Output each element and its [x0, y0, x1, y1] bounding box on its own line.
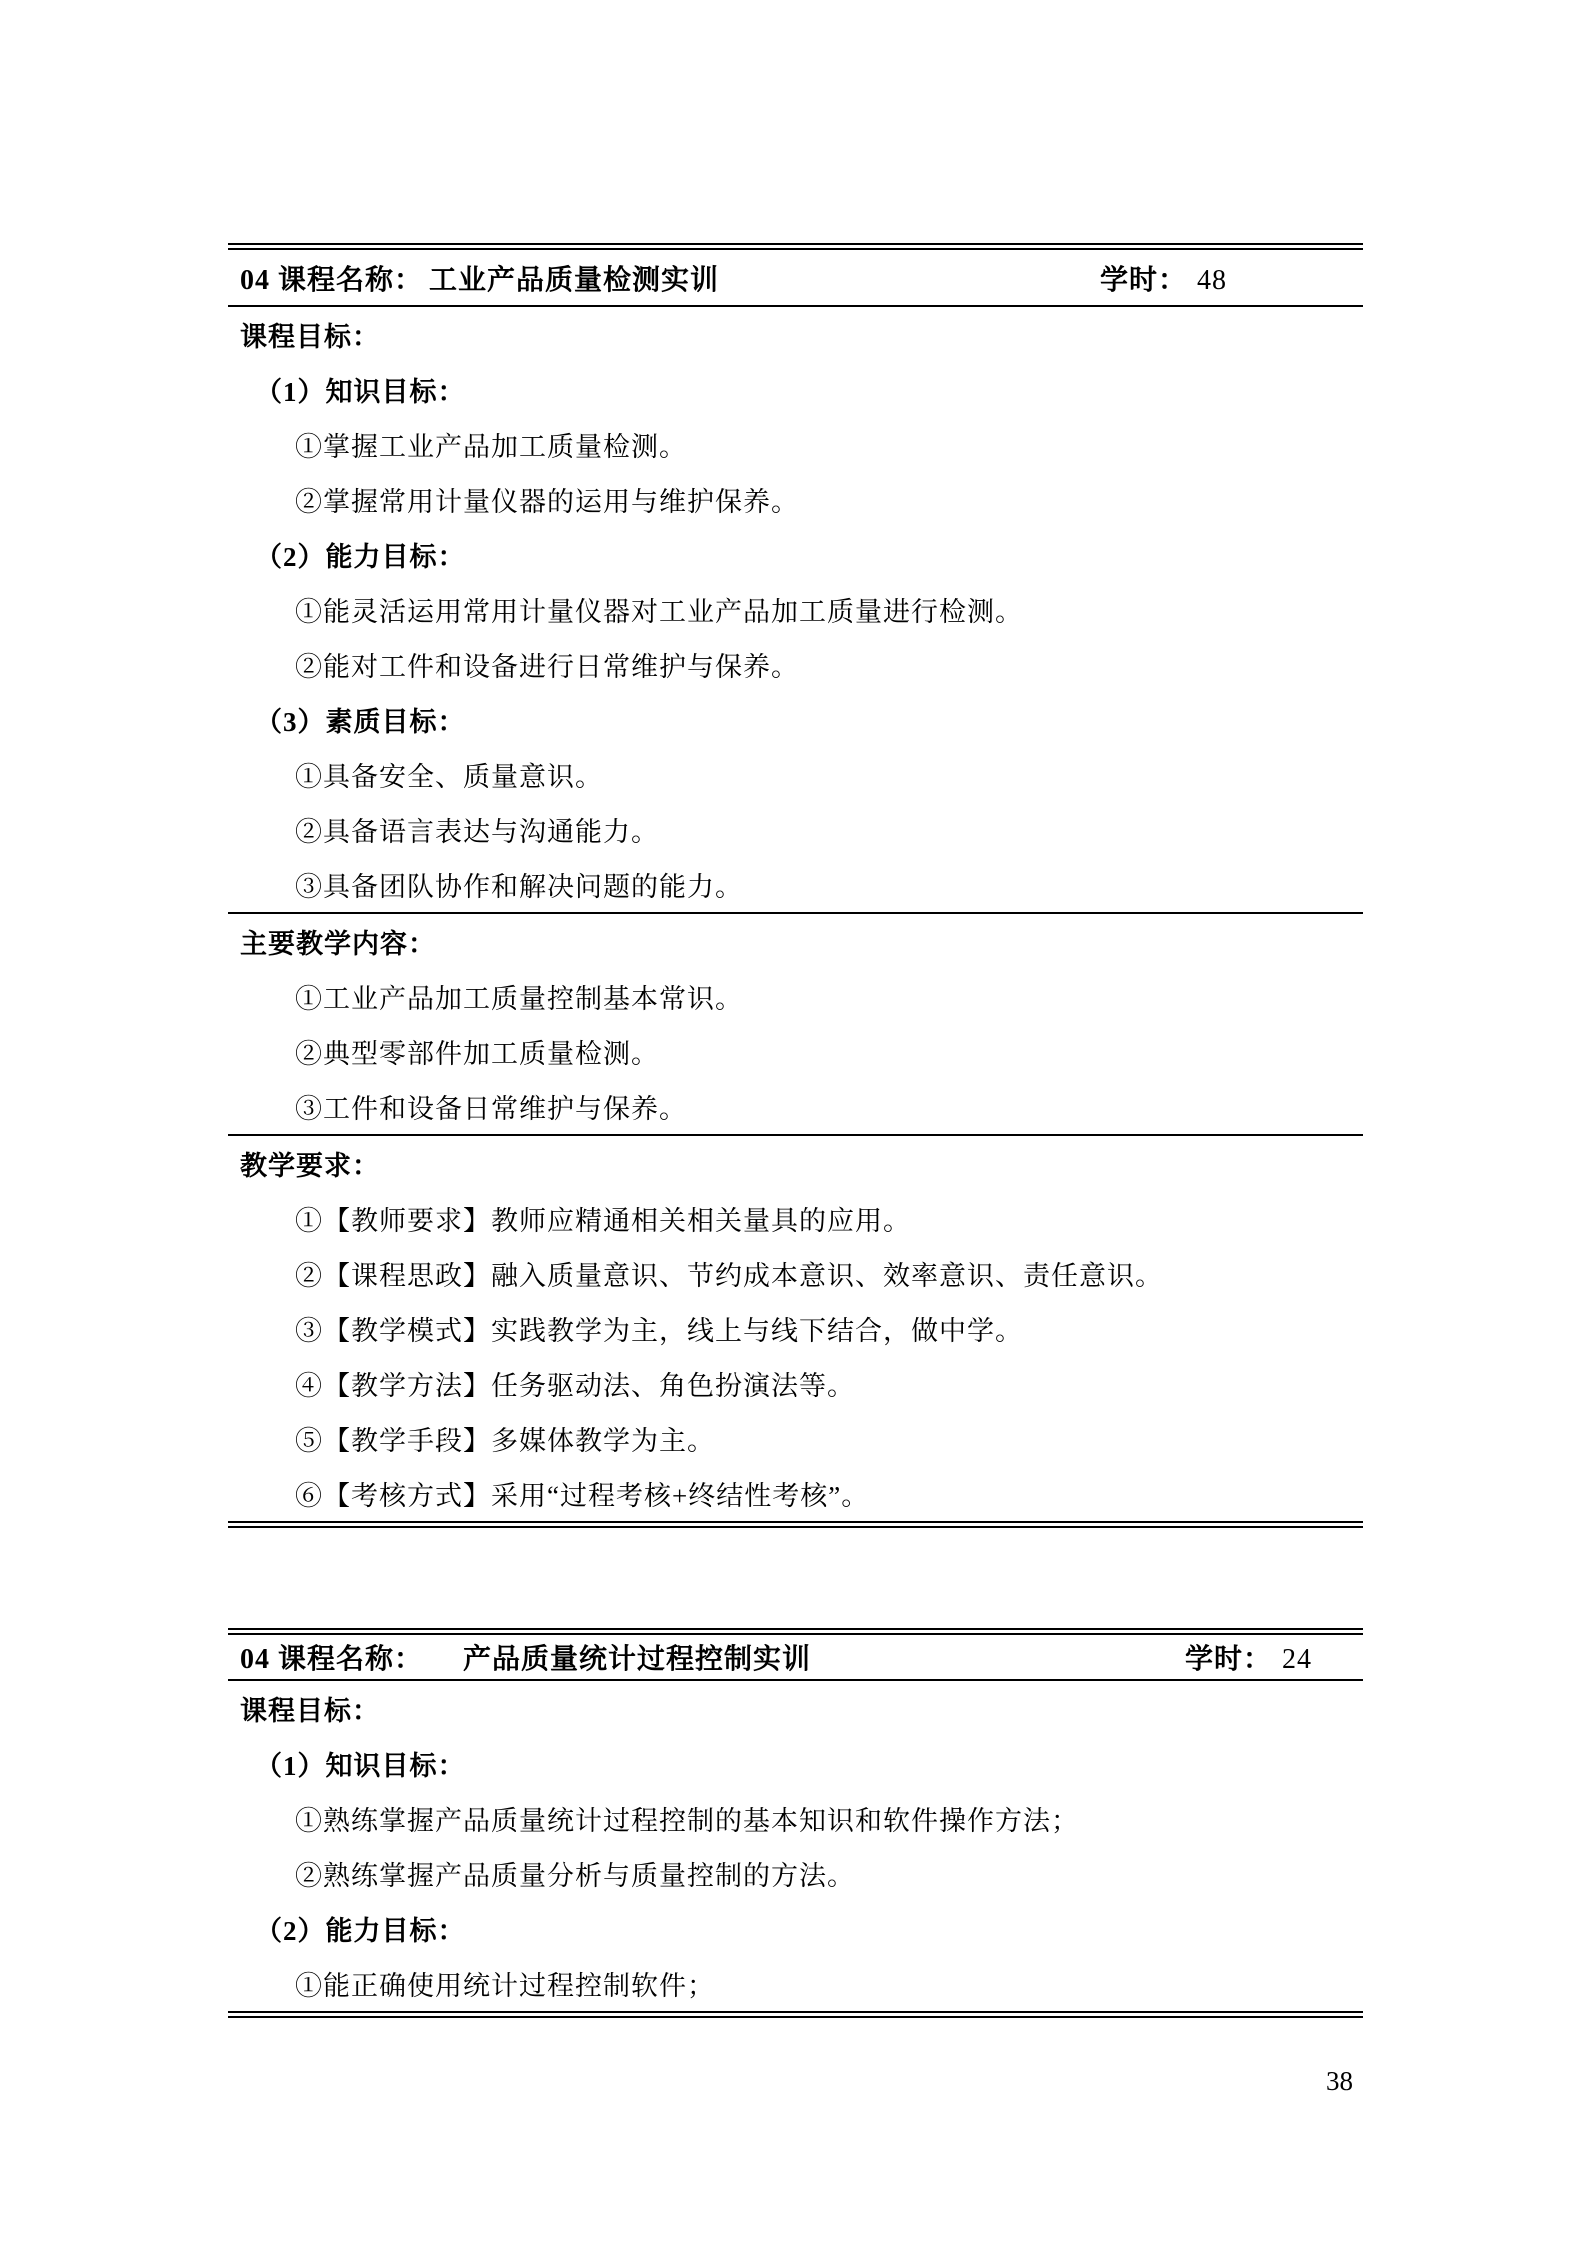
table-row: ③具备团队协作和解决问题的能力。: [228, 857, 1363, 912]
course-name-label: 04 课程名称：: [240, 1637, 423, 1677]
table-row: 教学要求：: [228, 1136, 1363, 1191]
table-row: 主要教学内容：: [228, 914, 1363, 969]
course-name-cell: 04 课程名称：工业产品质量检测实训: [228, 258, 719, 298]
table-row: ⑥【考核方式】采用“过程考核+终结性考核”。: [228, 1466, 1363, 1521]
table-section: 教学要求：①【教师要求】教师应精通相关相关量具的应用。②【课程思政】融入质量意识…: [228, 1136, 1363, 1521]
table-row: ②典型零部件加工质量检测。: [228, 1024, 1363, 1079]
table-row: 课程目标：: [228, 1681, 1363, 1736]
table-row: （1）知识目标：: [228, 1736, 1363, 1791]
table-top-rule: [228, 1628, 1363, 1635]
table-row: （2）能力目标：: [228, 527, 1363, 582]
table-section: 主要教学内容：①工业产品加工质量控制基本常识。②典型零部件加工质量检测。③工件和…: [228, 914, 1363, 1136]
table-row: ②掌握常用计量仪器的运用与维护保养。: [228, 472, 1363, 527]
course-title: 产品质量统计过程控制实训: [463, 1637, 811, 1677]
table-header-row: 04 课程名称：产品质量统计过程控制实训学时：24: [228, 1635, 1363, 1681]
course-name-label: 04 课程名称：: [240, 258, 423, 298]
table-row: （1）知识目标：: [228, 362, 1363, 417]
table-row: ①掌握工业产品加工质量检测。: [228, 417, 1363, 472]
document-page: 04 课程名称：工业产品质量检测实训学时：48课程目标：（1）知识目标：①掌握工…: [0, 0, 1587, 2245]
table-header-row: 04 课程名称：工业产品质量检测实训学时：48: [228, 250, 1363, 307]
hours-cell: 学时：24: [1185, 1637, 1312, 1677]
table-row: ⑤【教学手段】多媒体教学为主。: [228, 1411, 1363, 1466]
hours-cell: 学时：48: [1100, 258, 1227, 298]
table-bottom-rule: [228, 2011, 1363, 2018]
hours-label: 学时：: [1185, 1637, 1272, 1677]
table-row: ③工件和设备日常维护与保养。: [228, 1079, 1363, 1134]
hours-value: 48: [1197, 265, 1227, 297]
table-top-rule: [228, 243, 1363, 250]
table-row: ①工业产品加工质量控制基本常识。: [228, 969, 1363, 1024]
table-row: ②能对工件和设备进行日常维护与保养。: [228, 637, 1363, 692]
course-table-1: 04 课程名称：工业产品质量检测实训学时：48课程目标：（1）知识目标：①掌握工…: [228, 243, 1363, 1528]
table-row: （2）能力目标：: [228, 1901, 1363, 1956]
course-title: 工业产品质量检测实训: [429, 258, 719, 298]
table-row: ①能正确使用统计过程控制软件；: [228, 1956, 1363, 2011]
table-row: ①【教师要求】教师应精通相关相关量具的应用。: [228, 1191, 1363, 1246]
course-name-cell: 04 课程名称：产品质量统计过程控制实训: [228, 1637, 811, 1677]
table-row: 课程目标：: [228, 307, 1363, 362]
table-section: 课程目标：（1）知识目标：①掌握工业产品加工质量检测。②掌握常用计量仪器的运用与…: [228, 307, 1363, 914]
table-section: 课程目标：（1）知识目标：①熟练掌握产品质量统计过程控制的基本知识和软件操作方法…: [228, 1681, 1363, 2011]
table-row: ②具备语言表达与沟通能力。: [228, 802, 1363, 857]
table-row: ④【教学方法】任务驱动法、角色扮演法等。: [228, 1356, 1363, 1411]
table-row: ②【课程思政】融入质量意识、节约成本意识、效率意识、责任意识。: [228, 1246, 1363, 1301]
table-row: ①能灵活运用常用计量仪器对工业产品加工质量进行检测。: [228, 582, 1363, 637]
table-row: ②熟练掌握产品质量分析与质量控制的方法。: [228, 1846, 1363, 1901]
table-row: ①具备安全、质量意识。: [228, 747, 1363, 802]
table-row: ①熟练掌握产品质量统计过程控制的基本知识和软件操作方法；: [228, 1791, 1363, 1846]
page-number: 38: [1326, 2066, 1353, 2097]
table-row: （3）素质目标：: [228, 692, 1363, 747]
hours-label: 学时：: [1100, 258, 1187, 298]
hours-value: 24: [1282, 1644, 1312, 1676]
table-bottom-rule: [228, 1521, 1363, 1528]
course-table-2: 04 课程名称：产品质量统计过程控制实训学时：24课程目标：（1）知识目标：①熟…: [228, 1628, 1363, 2018]
table-row: ③【教学模式】实践教学为主，线上与线下结合，做中学。: [228, 1301, 1363, 1356]
